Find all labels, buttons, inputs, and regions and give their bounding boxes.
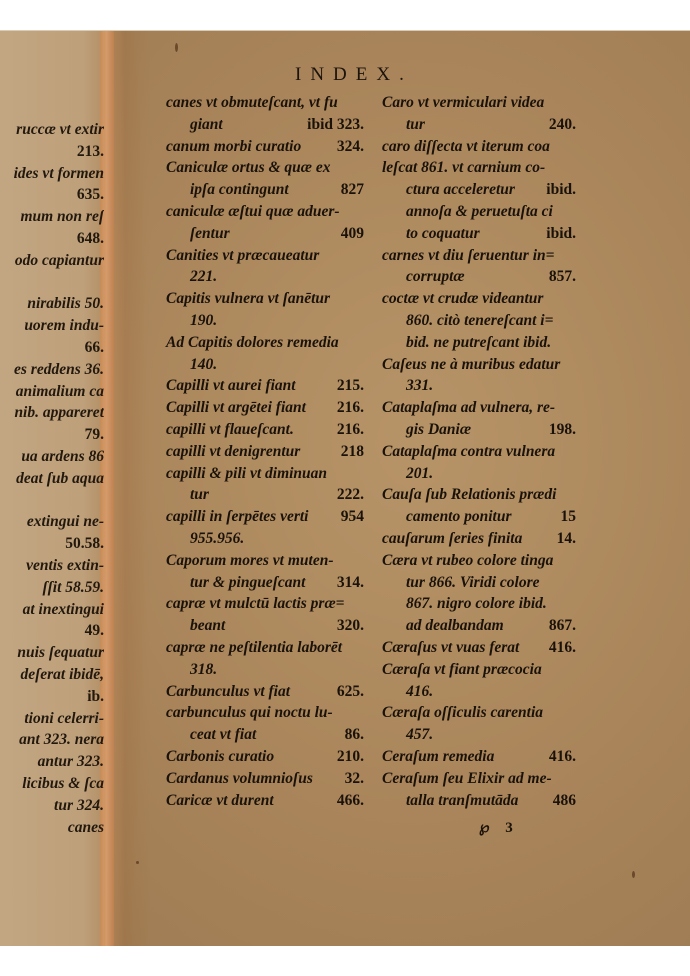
entry-page-number: 14.	[557, 528, 576, 550]
entry-page-number: 215.	[337, 375, 364, 397]
index-entry-line: capilli & pili vt diminuan	[166, 463, 364, 485]
index-entry-line: capræ ne peſtilentia laborēt	[166, 637, 364, 659]
index-entry-line: 140.	[166, 354, 364, 376]
entry-text: deſerat ibidē,	[20, 664, 104, 686]
index-entry-line: 50.58.	[0, 533, 104, 555]
entry-page-number: 466.	[337, 790, 364, 812]
index-entry-line: 201.	[382, 463, 576, 485]
entry-page-number: 218	[341, 441, 364, 463]
entry-text: animalium ca	[16, 381, 104, 403]
entry-text: 457.	[406, 724, 433, 746]
entry-text: tur	[190, 484, 209, 506]
entry-page-number: 416.	[549, 746, 576, 768]
index-entry-line: Cæraſa oſſiculis carentia	[382, 702, 576, 724]
index-entry-line: ceat vt fiat86.	[166, 724, 364, 746]
index-entry-line: 867. nigro colore ibid.	[382, 593, 576, 615]
entry-text: Caro vt vermiculari videa	[382, 92, 544, 114]
entry-text: tur & pingueſcant	[190, 572, 305, 594]
entry-page-number: 324.	[337, 136, 364, 158]
entry-page-number: 240.	[549, 114, 576, 136]
index-entry-line: uorem indu-	[0, 315, 104, 337]
entry-page-number: 79.	[85, 424, 104, 446]
entry-text: capilli vt flaueſcant.	[166, 419, 294, 441]
entry-page-number: 50.58.	[65, 533, 104, 555]
index-entry-line: canum morbi curatio324.	[166, 136, 364, 158]
index-entry-line: Cataplaſma contra vulnera	[382, 441, 576, 463]
entry-text: carbunculus qui noctu lu-	[166, 702, 333, 724]
entry-page-number: 86.	[345, 724, 364, 746]
entry-text: cauſarum ſeries finita	[382, 528, 522, 550]
entry-text: 140.	[190, 354, 217, 376]
entry-page-number: 954	[341, 506, 364, 528]
index-entry-line: Caricæ vt durent466.	[166, 790, 364, 812]
entry-text: beant	[190, 615, 225, 637]
entry-text: corruptæ	[406, 266, 465, 288]
index-entry-line: 635.	[0, 184, 104, 206]
entry-text: gis Daniæ	[406, 419, 471, 441]
index-entry-line: beant320.	[166, 615, 364, 637]
index-entry-line: licibus & ſca	[0, 773, 104, 795]
entry-text: ad dealbandam	[406, 615, 504, 637]
index-entry-line: Caporum mores vt muten-	[166, 550, 364, 572]
index-entry-line: tur240.	[382, 114, 576, 136]
entry-page-number: 210.	[337, 746, 364, 768]
index-entry-line: Cæraſa vt fiant præcocia	[382, 659, 576, 681]
entry-page-number: 320.	[337, 615, 364, 637]
index-entry-line: camento ponitur15	[382, 506, 576, 528]
entry-text: canum morbi curatio	[166, 136, 301, 158]
entry-text: extingui ne-	[27, 511, 104, 533]
entry-text: Carbonis curatio	[166, 746, 274, 768]
index-entry-line: extingui ne-	[0, 511, 104, 533]
entry-text: 331.	[406, 375, 433, 397]
entry-text: canes	[68, 817, 104, 839]
index-entry-line: Ad Capitis dolores remedia	[166, 332, 364, 354]
index-entry-line: tur 324.	[0, 795, 104, 817]
entry-text: giant	[190, 114, 223, 136]
entry-page-number: 213.	[77, 141, 104, 163]
entry-page-number: 216.	[337, 419, 364, 441]
entry-text: capræ ne peſtilentia laborēt	[166, 637, 342, 659]
index-entry-line: capilli vt denigrentur218	[166, 441, 364, 463]
entry-text: Cataplaſma contra vulnera	[382, 441, 555, 463]
entry-text: ſentur	[190, 223, 230, 245]
index-entry-line: coctæ vt crudæ videantur	[382, 288, 576, 310]
entry-text: mum non reſ	[20, 206, 104, 228]
entry-page-number: 857.	[549, 266, 576, 288]
index-entry-line: 213.	[0, 141, 104, 163]
entry-text: tur 866. Viridi colore	[406, 572, 540, 594]
entry-page-number: 416.	[549, 637, 576, 659]
index-entry-line: leſcat 861. vt carnium co-	[382, 157, 576, 179]
signature-mark: ℘ 3	[479, 818, 519, 837]
entry-text: annoſa & peruetuſta ci	[406, 201, 553, 223]
entry-text: nirabilis 50.	[27, 293, 104, 315]
entry-page-number: 625.	[337, 681, 364, 703]
entry-text: tur	[406, 114, 425, 136]
entry-text: 221.	[190, 266, 217, 288]
entry-text: Cardanus volumnioſus	[166, 768, 313, 790]
left-page-column: ruccæ vt extir213.ides vt formen635.mum …	[0, 119, 104, 838]
index-entry-line: Cardanus volumnioſus32.	[166, 768, 364, 790]
entry-text: ua ardens 86	[21, 446, 104, 468]
entry-text: ides vt formen	[14, 163, 104, 185]
entry-page-number: ibid.	[546, 223, 576, 245]
entry-text: Capitis vulnera vt ſanētur	[166, 288, 330, 310]
index-entry-line: 457.	[382, 724, 576, 746]
index-entry-line: corruptæ857.	[382, 266, 576, 288]
entry-page-number: ibid 323.	[307, 114, 364, 136]
index-entry-line: caniculæ æſtui quæ aduer-	[166, 201, 364, 223]
entry-text: Ad Capitis dolores remedia	[166, 332, 339, 354]
entry-text: Cæraſus vt vuas ferat	[382, 637, 519, 659]
entry-page-number: ib.	[87, 686, 104, 708]
index-entry-line: animalium ca	[0, 381, 104, 403]
index-entry-line: 955.956.	[166, 528, 364, 550]
index-entry-line: capilli in ſerpētes verti954	[166, 506, 364, 528]
entry-text: 955.956.	[190, 528, 244, 550]
index-entry-line: caro diſſecta vt iterum coa	[382, 136, 576, 158]
entry-text: ſſit 58.59.	[42, 577, 104, 599]
entry-page-number: 32.	[345, 768, 364, 790]
index-entry-line: ſentur409	[166, 223, 364, 245]
entry-text: Caricæ vt durent	[166, 790, 274, 812]
index-entry-line: 49.	[0, 620, 104, 642]
index-entry-line: Caſeus ne à muribus edatur	[382, 354, 576, 376]
entry-text: Cæraſa oſſiculis carentia	[382, 702, 543, 724]
index-entry-line: ib.	[0, 686, 104, 708]
entry-text: Ceraſum ſeu Elixir ad me-	[382, 768, 552, 790]
index-entry-line: cauſarum ſeries finita14.	[382, 528, 576, 550]
entry-text: coctæ vt crudæ videantur	[382, 288, 543, 310]
index-entry-line: canes vt obmuteſcant, vt fu	[166, 92, 364, 114]
index-entry-line	[0, 490, 104, 512]
index-entry-line: 190.	[166, 310, 364, 332]
entry-text: ctura acceleretur	[406, 179, 515, 201]
entry-page-number: 827	[341, 179, 364, 201]
index-entry-line: Ceraſum ſeu Elixir ad me-	[382, 768, 576, 790]
ink-speck	[136, 861, 139, 864]
index-entry-line: 66.	[0, 337, 104, 359]
entry-text: ruccæ vt extir	[16, 119, 104, 141]
index-entry-line: ides vt formen	[0, 163, 104, 185]
index-entry-line: Canities vt præcaueatur	[166, 245, 364, 267]
entry-text: camento ponitur	[406, 506, 512, 528]
entry-text: 860. citò tenereſcant i=	[406, 310, 553, 332]
entry-text: antur 323.	[38, 751, 104, 773]
entry-text: es reddens 36.	[14, 359, 104, 381]
index-entry-line: mum non reſ	[0, 206, 104, 228]
index-entry-line: Cæra vt rubeo colore tinga	[382, 550, 576, 572]
entry-text: Caſeus ne à muribus edatur	[382, 354, 560, 376]
entry-text: to coquatur	[406, 223, 480, 245]
index-entry-line: ſſit 58.59.	[0, 577, 104, 599]
index-entry-line: 79.	[0, 424, 104, 446]
index-entry-line: 221.	[166, 266, 364, 288]
index-entry-line: capilli vt flaueſcant.216.	[166, 419, 364, 441]
entry-text: 416.	[406, 681, 433, 703]
index-entry-line: ctura accelereturibid.	[382, 179, 576, 201]
entry-text: ant 323. nera	[19, 729, 104, 751]
ink-speck	[632, 871, 635, 878]
entry-text: 190.	[190, 310, 217, 332]
entry-text: capilli in ſerpētes verti	[166, 506, 308, 528]
entry-text: tioni celerri-	[24, 708, 104, 730]
entry-text: uorem indu-	[24, 315, 104, 337]
entry-text: caro diſſecta vt iterum coa	[382, 136, 550, 158]
entry-text: Ceraſum remedia	[382, 746, 494, 768]
index-column-middle: canes vt obmuteſcant, vt fugiantibid 323…	[166, 92, 364, 811]
entry-page-number: 635.	[77, 184, 104, 206]
entry-page-number: 216.	[337, 397, 364, 419]
entry-text: tur 324.	[54, 795, 104, 817]
entry-text: leſcat 861. vt carnium co-	[382, 157, 545, 179]
index-entry-line: antur 323.	[0, 751, 104, 773]
entry-text: Canities vt præcaueatur	[166, 245, 319, 267]
index-entry-line: at inextingui	[0, 599, 104, 621]
entry-page-number: 314.	[337, 572, 364, 594]
ink-speck	[175, 43, 178, 52]
page-title: INDEX.	[295, 64, 465, 86]
index-entry-line: carbunculus qui noctu lu-	[166, 702, 364, 724]
index-entry-line: Capitis vulnera vt ſanētur	[166, 288, 364, 310]
entry-text: capræ vt mulctū lactis præ=	[166, 593, 344, 615]
entry-text: at inextingui	[23, 599, 104, 621]
index-entry-line: tur & pingueſcant314.	[166, 572, 364, 594]
index-entry-line: tur 866. Viridi colore	[382, 572, 576, 594]
index-entry-line: to coquaturibid.	[382, 223, 576, 245]
entry-text: 867. nigro colore ibid.	[406, 593, 547, 615]
index-entry-line: tioni celerri-	[0, 708, 104, 730]
index-entry-line: nib. appareret	[0, 402, 104, 424]
entry-text: nib. appareret	[14, 402, 104, 424]
index-entry-line: deſerat ibidē,	[0, 664, 104, 686]
entry-text: capilli & pili vt diminuan	[166, 463, 327, 485]
entry-text: carnes vt diu ſeruentur in=	[382, 245, 554, 267]
entry-text: ventis extin-	[26, 555, 104, 577]
entry-text: ipſa contingunt	[190, 179, 289, 201]
index-entry-line: nirabilis 50.	[0, 293, 104, 315]
entry-text: deat ſub aqua	[16, 468, 104, 490]
index-entry-line	[0, 272, 104, 294]
index-entry-line: Cataplaſma ad vulnera, re-	[382, 397, 576, 419]
index-entry-line: Cæraſus vt vuas ferat416.	[382, 637, 576, 659]
index-entry-line: annoſa & peruetuſta ci	[382, 201, 576, 223]
entry-text: capilli vt denigrentur	[166, 441, 300, 463]
entry-text: Cataplaſma ad vulnera, re-	[382, 397, 555, 419]
entry-text: Carbunculus vt fiat	[166, 681, 290, 703]
entry-page-number: 409	[341, 223, 364, 245]
index-column-right: Caro vt vermiculari videatur240.caro diſ…	[382, 92, 576, 811]
index-entry-line: ant 323. nera	[0, 729, 104, 751]
index-entry-line: Carbonis curatio210.	[166, 746, 364, 768]
entry-text: Caporum mores vt muten-	[166, 550, 334, 572]
entry-text: Caniculæ ortus & quæ ex	[166, 157, 331, 179]
entry-page-number: 66.	[85, 337, 104, 359]
entry-text: canes vt obmuteſcant, vt fu	[166, 92, 338, 114]
index-entry-line: odo capiantur	[0, 250, 104, 272]
entry-text: Cauſa ſub Relationis prædi	[382, 484, 556, 506]
index-entry-line: 648.	[0, 228, 104, 250]
entry-page-number: 49.	[85, 620, 104, 642]
entry-text: 318.	[190, 659, 217, 681]
entry-text: odo capiantur	[15, 250, 104, 272]
index-entry-line: 318.	[166, 659, 364, 681]
entry-text: caniculæ æſtui quæ aduer-	[166, 201, 340, 223]
index-entry-line: Caniculæ ortus & quæ ex	[166, 157, 364, 179]
entry-page-number: 15	[561, 506, 577, 528]
index-entry-line: ua ardens 86	[0, 446, 104, 468]
index-entry-line: tur222.	[166, 484, 364, 506]
index-entry-line: gis Daniæ198.	[382, 419, 576, 441]
index-entry-line: 331.	[382, 375, 576, 397]
index-entry-line: Ceraſum remedia416.	[382, 746, 576, 768]
entry-text: licibus & ſca	[22, 773, 104, 795]
index-entry-line: deat ſub aqua	[0, 468, 104, 490]
entry-text: 201.	[406, 463, 433, 485]
entry-text: bid. ne putreſcant ibid.	[406, 332, 551, 354]
entry-page-number: ibid.	[546, 179, 576, 201]
index-entry-line: Capilli vt aurei fiant215.	[166, 375, 364, 397]
entry-text: Cæraſa vt fiant præcocia	[382, 659, 542, 681]
entry-page-number: 198.	[549, 419, 576, 441]
entry-page-number: 222.	[337, 484, 364, 506]
index-entry-line: ipſa contingunt827	[166, 179, 364, 201]
index-entry-line: talla tranſmutāda486	[382, 790, 576, 812]
entry-page-number: 867.	[549, 615, 576, 637]
index-entry-line: bid. ne putreſcant ibid.	[382, 332, 576, 354]
index-entry-line: Caro vt vermiculari videa	[382, 92, 576, 114]
index-entry-line: carnes vt diu ſeruentur in=	[382, 245, 576, 267]
index-entry-line: es reddens 36.	[0, 359, 104, 381]
entry-text: nuis ſequatur	[17, 642, 104, 664]
index-entry-line: 416.	[382, 681, 576, 703]
index-entry-line: ruccæ vt extir	[0, 119, 104, 141]
index-entry-line: ventis extin-	[0, 555, 104, 577]
index-entry-line: Capilli vt argētei fiant216.	[166, 397, 364, 419]
index-entry-line: capræ vt mulctū lactis præ=	[166, 593, 364, 615]
index-entry-line: Carbunculus vt fiat625.	[166, 681, 364, 703]
entry-page-number: 648.	[77, 228, 104, 250]
index-entry-line: 860. citò tenereſcant i=	[382, 310, 576, 332]
index-entry-line: ad dealbandam867.	[382, 615, 576, 637]
entry-text: Capilli vt aurei fiant	[166, 375, 296, 397]
index-entry-line: giantibid 323.	[166, 114, 364, 136]
entry-text: talla tranſmutāda	[406, 790, 518, 812]
index-entry-line: canes	[0, 817, 104, 839]
entry-text: Cæra vt rubeo colore tinga	[382, 550, 553, 572]
index-entry-line: Cauſa ſub Relationis prædi	[382, 484, 576, 506]
entry-page-number: 486	[553, 790, 576, 812]
entry-text: Capilli vt argētei fiant	[166, 397, 306, 419]
index-entry-line: nuis ſequatur	[0, 642, 104, 664]
entry-text: ceat vt fiat	[190, 724, 256, 746]
